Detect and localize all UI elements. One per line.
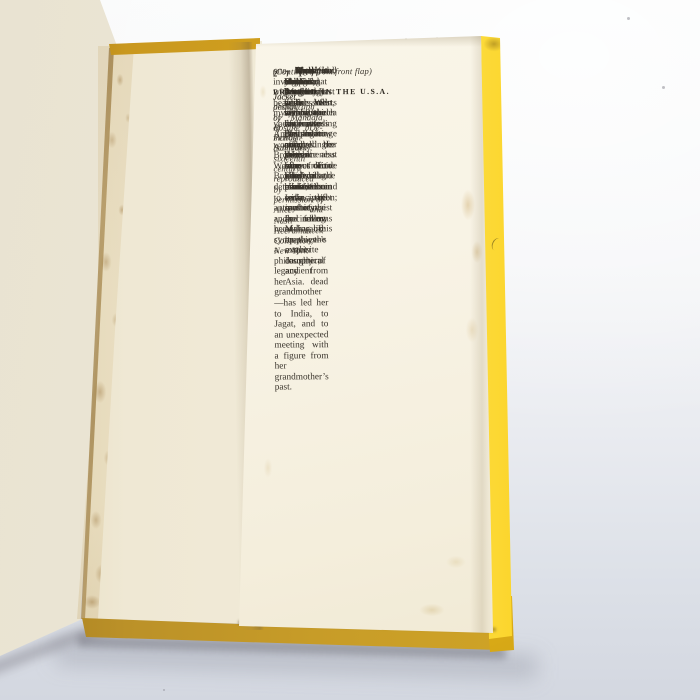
printer-code: 2 7 1 7	[273, 68, 318, 78]
printed-in-usa-line: PRINTED IN THE U.S.A.	[273, 87, 390, 97]
dust-speck	[662, 86, 665, 89]
dust-speck	[163, 689, 165, 691]
book-photograph: (Continued from front flap) one, for it …	[0, 0, 700, 700]
dust-speck	[627, 17, 630, 20]
jacket-credit: Jacket photograph of Mandala of bDe-mcho…	[273, 91, 323, 256]
